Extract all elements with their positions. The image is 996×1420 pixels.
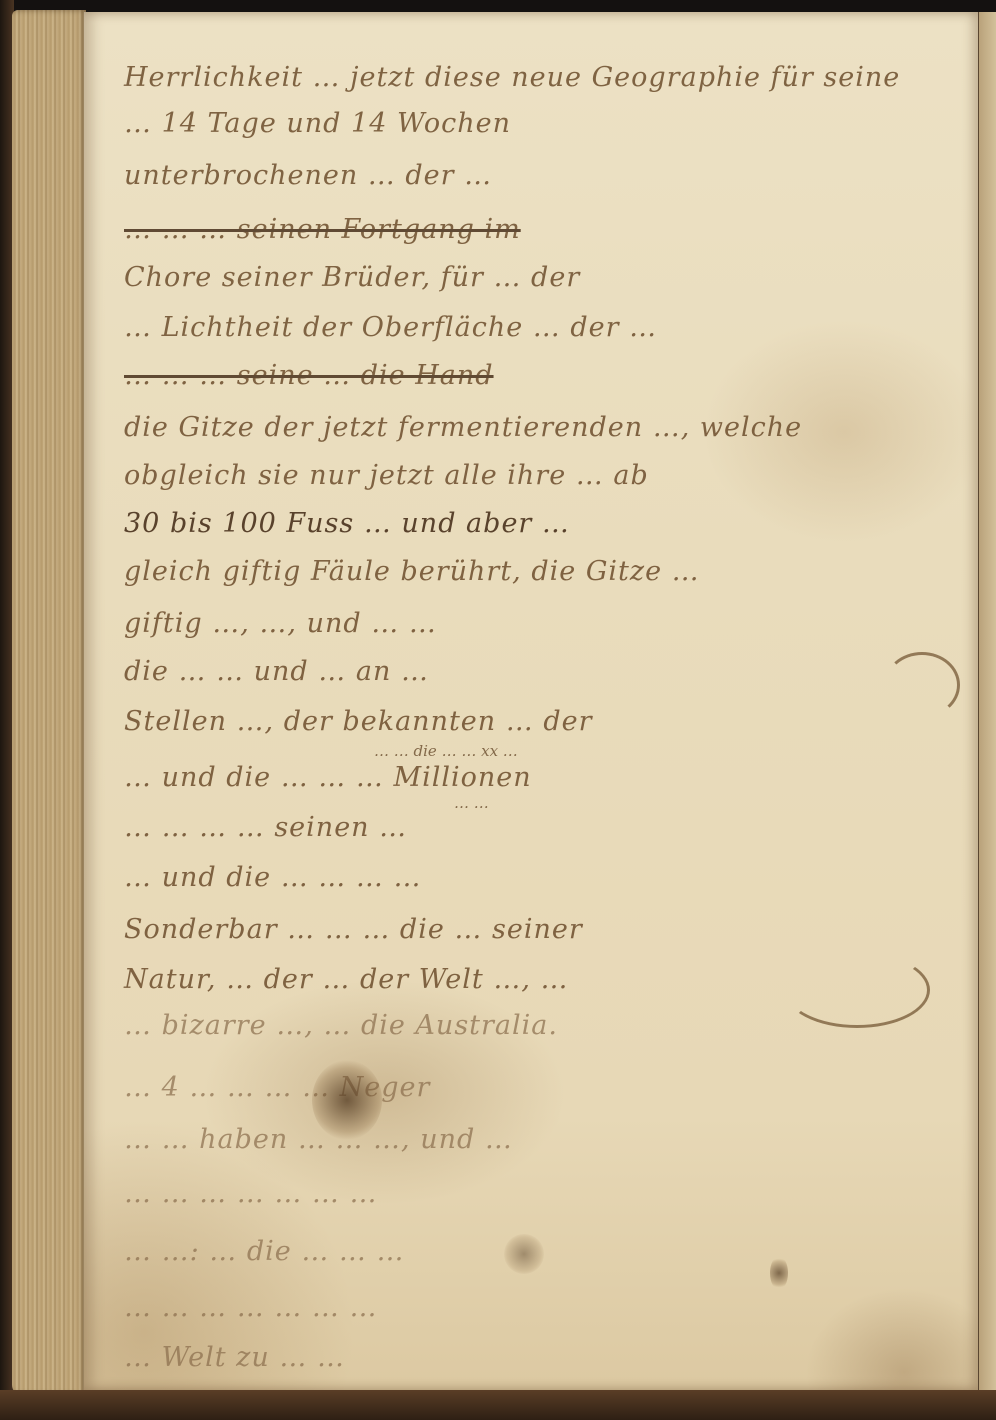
pen-flourish [784,952,930,1028]
text-line: Natur, … der … der Welt …, … [124,964,569,995]
text-line: gleich giftig Fäule berührt, die Gitze … [124,556,700,587]
text-line: … Lichtheit der Oberfläche … der … [124,312,657,343]
text-line: Herrlichkeit … jetzt diese neue Geograph… [124,62,900,93]
text-line: … und die … … … … [124,862,421,893]
text-line: giftig …, …, und … … [124,608,437,639]
text-line: … … haben … … …, und … [124,1124,513,1155]
text-line: … …: … die … … … [124,1236,405,1267]
text-line: … 14 Tage und 14 Wochen [124,108,511,139]
text-line: die … … und … an … [124,656,429,687]
facing-page-edge [978,12,996,1390]
book-cover-top-edge [0,0,996,12]
text-line: Stellen …, der bekannten … der [124,706,593,737]
text-line: obgleich sie nur jetzt alle ihre … ab [124,460,649,491]
ink-blot [312,1060,382,1140]
interlinear-insertion: … … die … … xx … [374,742,518,760]
text-line: … 4 … … … … Neger [124,1072,430,1103]
book-cover-bottom-edge [0,1390,996,1420]
text-line: Sonderbar … … … die … seiner [124,914,583,945]
interlinear-insertion: … … [454,794,489,812]
text-line: Chore seiner Brüder, für … der [124,262,580,293]
pen-flourish [884,652,960,718]
text-line: … Welt zu … … [124,1342,345,1373]
ink-blot [770,1256,788,1290]
ink-blot [504,1234,544,1274]
text-line: 30 bis 100 Fuss … und aber … [124,508,570,539]
manuscript-page: Herrlichkeit … jetzt diese neue Geograph… [84,12,978,1390]
text-line-struck: … … … seine … die Hand [124,360,494,391]
text-line-struck: … … … seinen Fortgang im [124,214,521,245]
page-edges-stack [12,10,86,1395]
text-line: … … … … seinen … [124,812,407,843]
text-line: unterbrochenen … der … [124,160,492,191]
text-line: … und die … … … Millionen [124,762,532,793]
text-line: … bizarre …, … die Australia. [124,1010,558,1041]
text-line: … … … … … … … [124,1178,378,1209]
text-line: … … … … … … … [124,1292,378,1323]
book: Herrlichkeit … jetzt diese neue Geograph… [0,0,996,1420]
text-line: die Gitze der jetzt fermentierenden …, w… [124,412,802,443]
